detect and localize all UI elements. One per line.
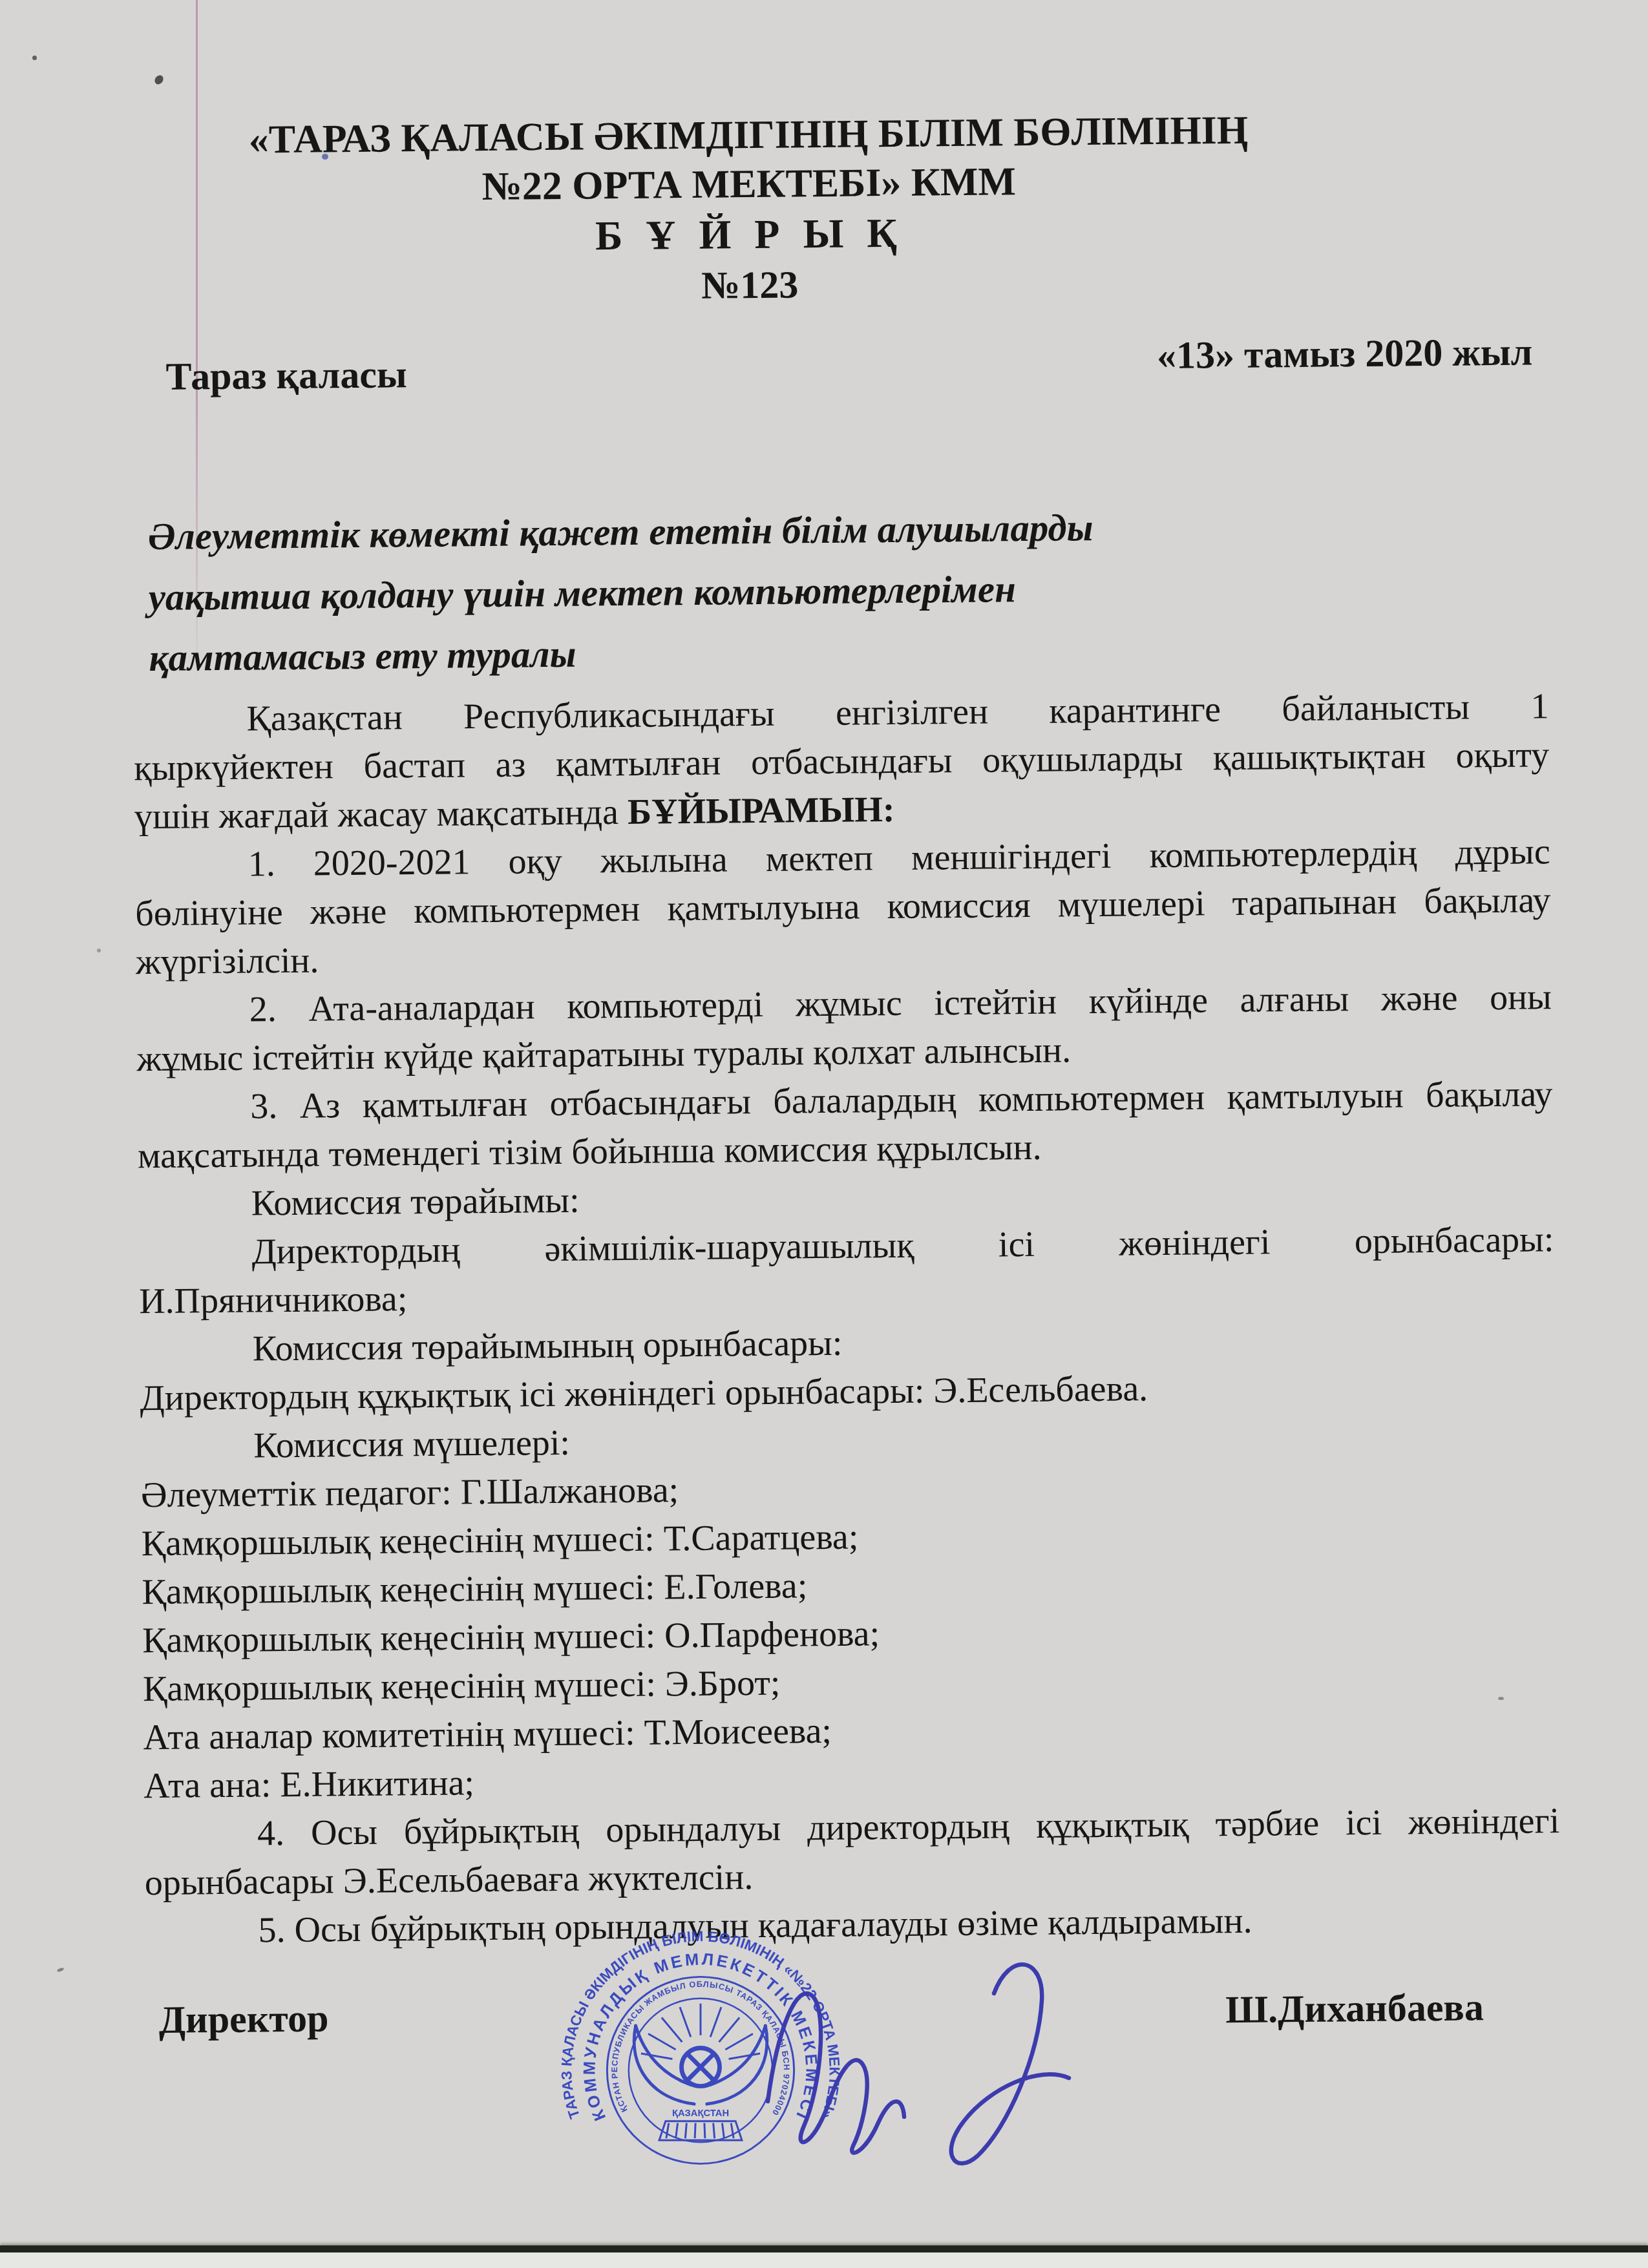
order-subject: Әлеуметтік көмекті қажет ететін білім ал… bbox=[147, 492, 1548, 688]
order-verb: БҰЙЫРАМЫН: bbox=[628, 790, 895, 832]
signer-name: Ш.Диханбаева bbox=[1225, 1983, 1484, 2034]
scan-edge-strip bbox=[0, 2252, 1648, 2268]
date-label: «13» тамыз 2020 жыл bbox=[1157, 328, 1533, 380]
paragraph-text: үшін жағдай жасау мақсатында bbox=[134, 792, 628, 837]
scanned-order-document: «ТАРАЗ ҚАЛАСЫ ӘКІМДІГІНІҢ БІЛІМ БӨЛІМІНІ… bbox=[0, 0, 1648, 2268]
document-content: «ТАРАЗ ҚАЛАСЫ ӘКІМДІГІНІҢ БІЛІМ БӨЛІМІНІ… bbox=[0, 0, 1648, 2046]
order-body: Қазақстан Республикасындағы енгізілген к… bbox=[133, 682, 1561, 1956]
handwritten-signature bbox=[690, 1932, 1104, 2178]
signer-title: Директор bbox=[159, 1994, 329, 2044]
document-header: «ТАРАЗ ҚАЛАСЫ ӘКІМДІГІНІҢ БІЛІМ БӨЛІМІНІ… bbox=[128, 105, 1371, 315]
city-label: Тараз қаласы bbox=[165, 350, 407, 401]
city-date-row: Тараз қаласы «13» тамыз 2020 жыл bbox=[130, 339, 1546, 401]
subject-line: қамтамасыз ету туралы bbox=[149, 614, 1548, 688]
